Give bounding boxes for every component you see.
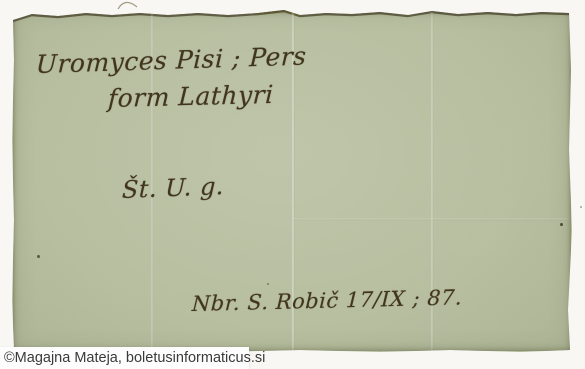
- copyright-watermark-text: ©Magajna Mateja, boletusinformaticus.si: [4, 350, 265, 366]
- ink-speck: [267, 283, 269, 285]
- ink-speck: [37, 255, 40, 258]
- dust-speck: [580, 206, 582, 208]
- ink-speck: [560, 223, 563, 226]
- inscription-form-name: form Lathyri: [107, 80, 274, 113]
- fold-crease-horizontal: [293, 218, 569, 221]
- scanned-specimen-label: Uromyces Pisi ; Pers form Lathyri Št. U.…: [0, 0, 585, 369]
- copyright-watermark: ©Magajna Mateja, boletusinformaticus.si: [0, 347, 249, 369]
- inscription-abbreviation: Št. U. g.: [122, 172, 225, 204]
